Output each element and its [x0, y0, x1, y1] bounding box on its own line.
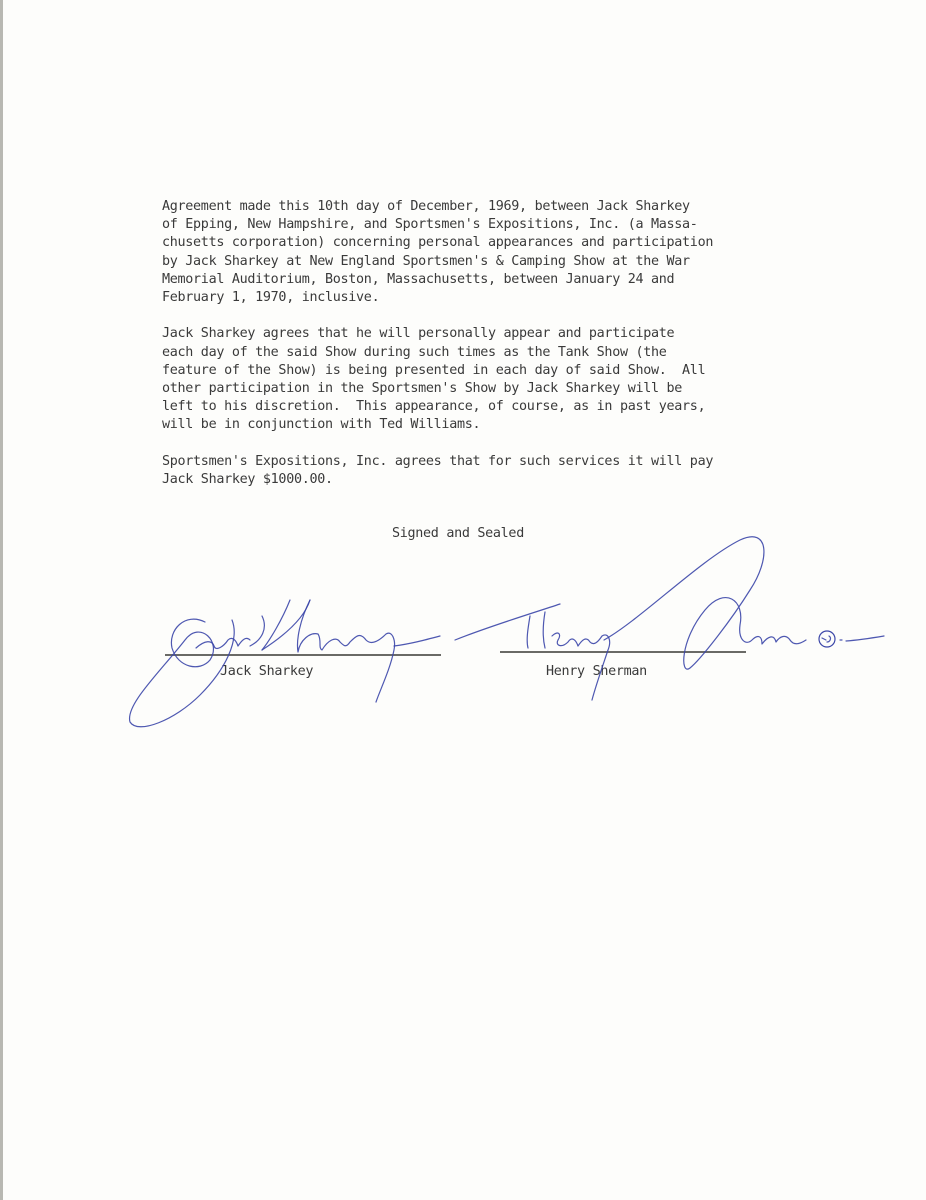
signature-line-sherman: [500, 651, 746, 653]
signature-line-sharkey: [165, 654, 441, 656]
signed-and-sealed-label: Signed and Sealed: [392, 526, 524, 541]
signature-sherman-icon: [455, 537, 884, 700]
paragraph-payment: Sportsmen's Expositions, Inc. agrees tha…: [162, 453, 862, 489]
signatory-name-sherman: Henry Sherman: [546, 664, 647, 679]
document-page: Agreement made this 10th day of December…: [0, 0, 926, 1200]
paragraph-agreement-intro: Agreement made this 10th day of December…: [162, 198, 862, 307]
agreement-body: Agreement made this 10th day of December…: [162, 198, 862, 507]
page-edge: [0, 0, 3, 1200]
paragraph-appearance-terms: Jack Sharkey agrees that he will persona…: [162, 325, 862, 434]
signatory-name-sharkey: Jack Sharkey: [220, 664, 313, 679]
handwritten-signatures: [0, 0, 926, 1200]
